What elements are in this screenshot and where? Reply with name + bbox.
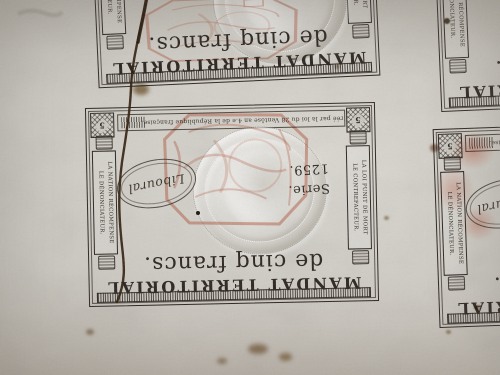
cartouche-finial	[349, 130, 366, 144]
motto-text: LE DÉNONCIATEUR.	[95, 162, 106, 244]
motto-text: LE DÉNONCIATEUR.	[444, 0, 457, 48]
faint-ink-smudge	[18, 11, 62, 16]
motto-text: LE DÉNONCIATEUR.	[101, 0, 114, 24]
series-label: Serie.	[288, 178, 331, 200]
paper-stain	[217, 358, 227, 364]
banknote-top: Créé par la loi du 28 Ventôse an 4.e de …	[90, 0, 381, 88]
cartouche-finial	[95, 135, 112, 149]
paper-stain	[384, 216, 389, 220]
paper-stain	[86, 329, 94, 335]
handstamp-signature: Liboural	[127, 171, 186, 197]
photo-of-mandat-territorial-sheet: Créé par la loi du 28 Ventôse an 4.e de …	[0, 0, 500, 375]
corner-denomination: 5	[90, 112, 115, 137]
banknote-right: Créé par la loi du 28 Ventôse an 4.e de …	[433, 119, 500, 328]
series-block: Serie.1259.	[286, 158, 330, 199]
paper-stain	[279, 353, 292, 361]
note-title: MANDAT TERRITORIALde cinq francs.	[450, 263, 500, 318]
motto-text: LE CONTREFACTEUR.	[347, 0, 360, 9]
motto-text: LA NATION RÉCOMPENSE	[104, 161, 115, 243]
handstamp-signature: Liboural	[476, 190, 500, 217]
series-number: 1259.	[286, 158, 329, 180]
corner-denomination: 5	[346, 107, 371, 132]
paper-stain	[446, 330, 451, 334]
banknote-center: Créé par la loi du 28 Ventôse an 4.e de …	[85, 102, 379, 307]
motto-text: LE CONTREFACTEUR.	[349, 160, 360, 235]
motto-text: LA LOI PUNIT DE MORT	[358, 160, 369, 235]
banknote-top-right: LA NATION RÉCOMPENSELE DÉNONCIATEUR. MAN…	[433, 0, 500, 112]
paper-stain	[248, 344, 268, 354]
